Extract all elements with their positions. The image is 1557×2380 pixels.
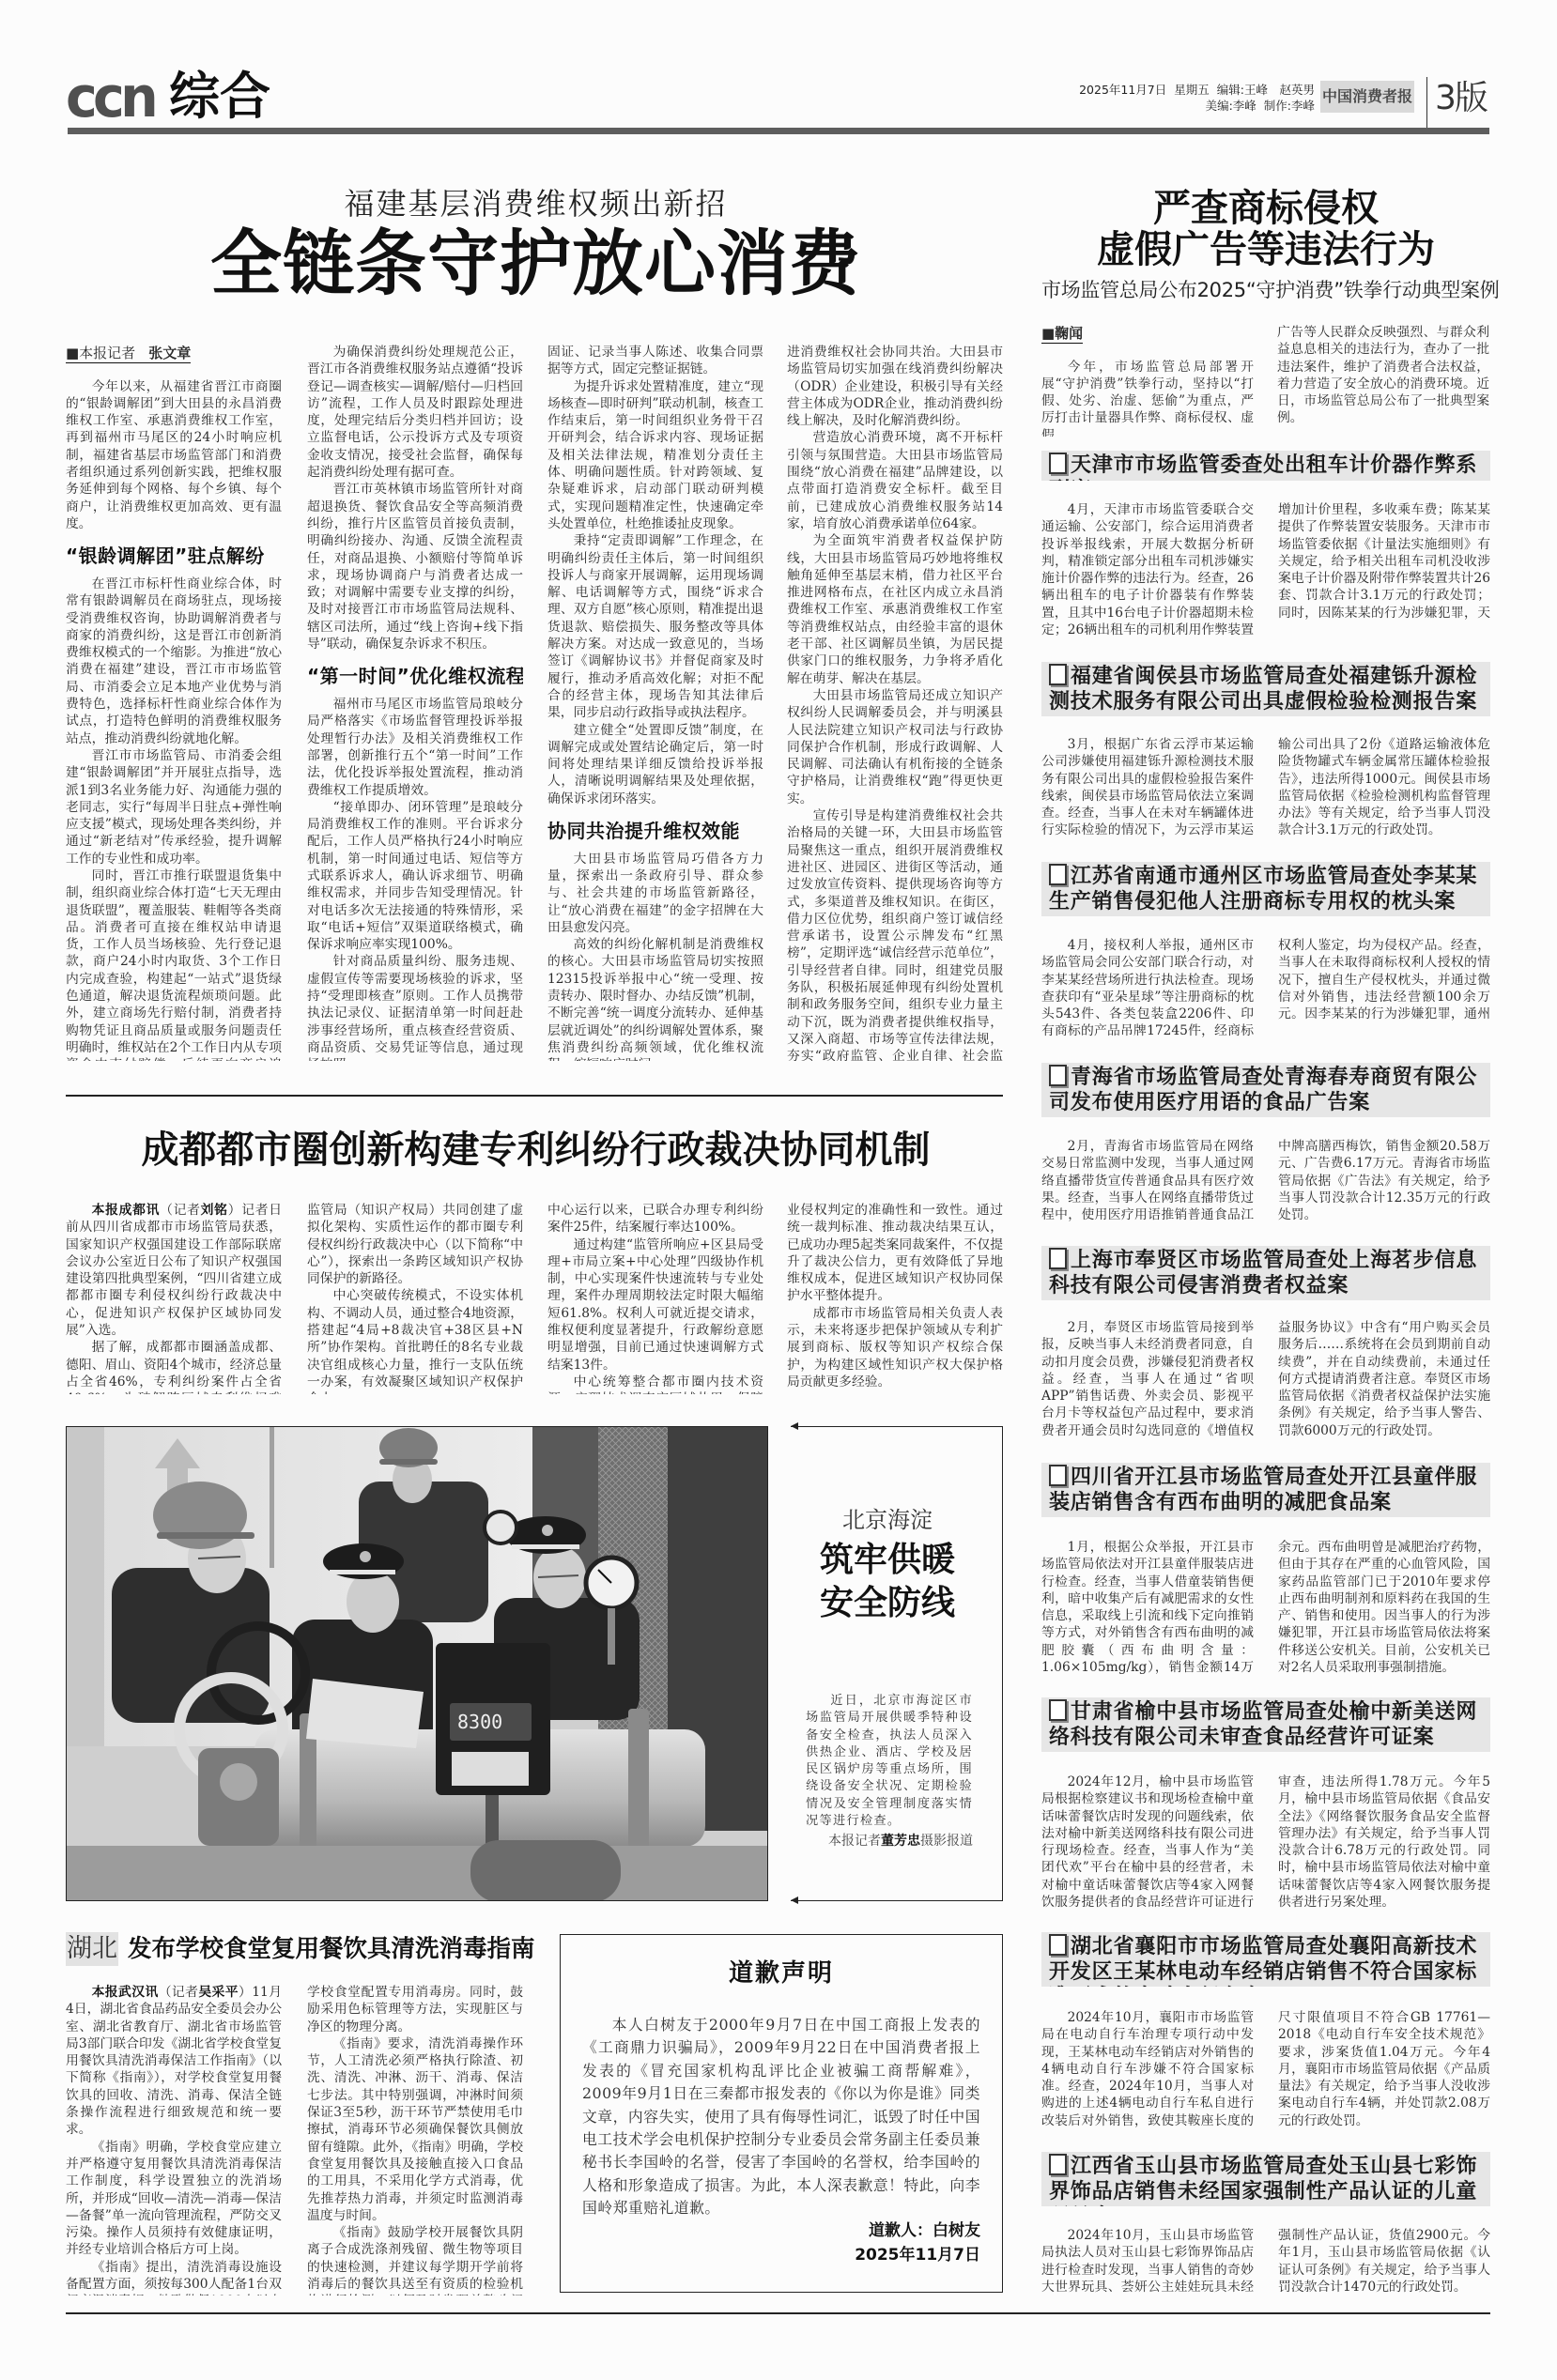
paragraph: 今年，市场监管总局部署开展“守护消费”铁拳行动，坚持以“打假、处劣、治虚、惩偷”… (1041, 359, 1254, 437)
case-body: 2024年12月，榆中县市场监管局根据检察建议书和现场检查榆中童话味蕾餐饮店时发… (1041, 1773, 1490, 1912)
case-heading: 上海市奉贤区市场监管局查处上海茗步信息科技有限公司侵害消费者权益案 (1041, 1246, 1490, 1300)
masthead-line-2: 美编:李峰制作:李峰 (1198, 99, 1315, 113)
conduit (270, 1427, 274, 1568)
case-heading: 四川省开江县市场监管局查处开江县童伴服装店销售含有西布曲明的减肥食品案 (1041, 1463, 1490, 1517)
checkbox-square-icon (1049, 1699, 1067, 1721)
byline-label: ■本报记者 (66, 345, 135, 361)
feature-subtitle: 市场监管总局公布2025“守护消费”铁拳行动典型案例 (1041, 277, 1490, 303)
fujian-column-1: ■本报记者张文章 今年以来，从福建省晋江市商圈的“银龄调解团”到大田县的永昌消费… (66, 344, 282, 1061)
subheading: “银龄调解团”驻点解纷 (66, 532, 282, 576)
case-body: 2月，青海省市场监管局在网络交易日常监测中发现，当事人通过网络直播带货宣传普通食… (1041, 1138, 1490, 1225)
pipe-flange (628, 1709, 649, 1864)
ccn-logo: ccn (66, 73, 154, 122)
case-title: 江苏省南通市通州区市场监管局查处李某某生产销售侵犯他人注册商标专用权的枕头案 (1049, 865, 1477, 914)
paper-name-logo: 中国消费者报 (1320, 81, 1414, 113)
paragraph: 2月，奉贤区市场监管局接到举报，反映当事人未经消费者同意，自动扣月度会员费，涉嫌… (1041, 1319, 1490, 1439)
case-title: 天津市市场监管委查处出租车计价器作弊系列案 (1049, 453, 1477, 481)
paragraph: 2月，青海省市场监管局在网络交易日常监测中发现，当事人通过网络直播带货宣传普通食… (1041, 1138, 1490, 1223)
fujian-headline: 全链条守护放心消费 (66, 222, 1006, 306)
paragraph-continued: 业侵权判定的准确性和一致性。通过统一裁判标准、推动裁决结果互认，已成功办理5起类… (787, 1202, 1003, 1305)
paragraph: 《指南》鼓励学校开展餐饮具阴离子合成洗涤剂残留、微生物等项目的快速检测，并建议每… (307, 2224, 523, 2296)
feature-intro-column-1: ■鞠闻 今年，市场监管总局部署开展“守护消费”铁拳行动，坚持以“打假、处劣、治虚… (1041, 324, 1254, 437)
checkbox-square-icon (1049, 453, 1067, 474)
paragraph: 高效的纠纷化解机制是消费维权的核心。大田县市场监管局切实按照12315投诉举报中… (547, 936, 763, 1061)
paragraph: 2024年10月，襄阳市市场监管局在电动自行车治理专项行动中发现，王某林电动车经… (1041, 2009, 1490, 2129)
lead-text: 11月4日，湖北省食品药品安全委员会办公室、湖北省教育厅、湖北省市场监管局3部门… (66, 1985, 282, 2137)
paragraph: 中心统筹整合都市圈内技术资源，实现技术调查官区域共用，保障专 (547, 1374, 763, 1394)
paragraph: 4月，接权利人举报，通州区市场监管局会同公安部门联合行动，对李某某经营场所进行执… (1041, 937, 1490, 1041)
header-rule (68, 128, 1489, 134)
masthead-line-1: 2025年11月7日星期五编辑:王峰 赵英男 (1071, 83, 1315, 97)
arrow-left-icon (791, 1422, 798, 1430)
paragraph: 据了解，成都都市圈涵盖成都、德阳、眉山、资阳4个城市，经济总量占全省46%，专利… (66, 1339, 282, 1394)
checkbox-square-icon (1049, 1065, 1067, 1086)
apology-date: 2025年11月7日 (582, 2244, 980, 2266)
reporter-close: ） (239, 1985, 252, 2000)
paragraph: 大田县市场监管局巧借各方力量，探索出一条政府引导、群众参与、社会共建的市场监管新… (547, 851, 763, 936)
dateline: 本报武汉讯 (92, 1985, 159, 2000)
page-number: 3版 (1435, 79, 1487, 118)
paragraph-continued: 中心运行以来，已联合办理专利纠纷案件25件，结案履行率达100%。 (547, 1202, 763, 1236)
credit-suffix: 摄影报道 (920, 1834, 973, 1849)
feature-headline-line-2: 虚假广告等违法行为 (1041, 229, 1490, 270)
fujian-column-3: 固证、记录当事人陈述、收集合同票据等方式，固定完整证据链。 为提升诉求处置精准度… (547, 344, 763, 1061)
paragraph: “接单即办、闭环管理”是琅岐分局消费维权工作的准则。平台诉求分配后，工作人员严格… (307, 799, 523, 954)
apology-body: 本人白树友于2000年9月7日在中国工商报上发表的《工商鼎力识骗局》，2009年… (582, 2014, 980, 2220)
hubei-column-2: 学校食堂配置专用消毒房。同时，鼓励采用色标管理等方法，实现脏区与净区的物理分离。… (307, 1984, 523, 2296)
paragraph-continued: 学校食堂配置专用消毒房。同时，鼓励采用色标管理等方法，实现脏区与净区的物理分离。 (307, 1984, 523, 2035)
paragraph: 今年以来，从福建省晋江市商圈的“银龄调解团”到大田县的永昌消费维权工作室、承惠消… (66, 378, 282, 533)
case-heading: 福建省闽侯县市场监管局查处福建铄升源检测技术服务有限公司出具虚假检验检测报告案 (1041, 662, 1490, 716)
chengdu-column-3: 中心运行以来，已联合办理专利纠纷案件25件，结案履行率达100%。 通过构建“监… (547, 1202, 763, 1394)
region-tag: 湖北 (66, 1932, 118, 1966)
section-divider (66, 1095, 1003, 1097)
case-title: 江西省玉山县市场监管局查处玉山县七彩饰界饰品店销售未经国家强制性产品认证的儿童玩… (1049, 2155, 1477, 2206)
checkbox-square-icon (1049, 864, 1067, 885)
photo-title: 筑牢供暖 安全防线 (800, 1538, 975, 1624)
paragraph: 为确保消费纠纷处理规范公正，晋江市各消费维权服务站点遵循“投诉登记—调查核实—调… (307, 344, 523, 481)
section-title: 综合 (169, 68, 270, 124)
editors: 编辑:王峰 赵英男 (1217, 83, 1315, 97)
paragraph: 晋江市市场监管局、市消委会组建“银龄调解团”并开展驻点指导，选派1到3名业务能力… (66, 747, 282, 868)
chengdu-column-4: 业侵权判定的准确性和一致性。通过统一裁判标准、推动裁决结果互认，已成功办理5起类… (787, 1202, 1003, 1394)
dateline: 本报成都讯 (92, 1203, 161, 1218)
paragraph: 宣传引导是构建消费维权社会共治格局的关键一环，大田县市场监管局聚焦这一重点，组织… (787, 807, 1003, 1061)
hubei-headline: 发布学校食堂复用餐饮具清洗消毒指南 (128, 1932, 535, 1966)
case-heading: 江苏省南通市通州区市场监管局查处李某某生产销售侵犯他人注册商标专用权的枕头案 (1041, 862, 1490, 916)
reporter-open: （记者 (160, 1203, 201, 1218)
case-title: 上海市奉贤区市场监管局查处上海茗步信息科技有限公司侵害消费者权益案 (1049, 1249, 1477, 1297)
case-body: 4月，天津市市场监管委联合交通运输、公安部门，综合运用消费者投诉举报线索，开展大… (1041, 501, 1490, 640)
case-heading: 甘肃省榆中县市场监管局查处榆中新美送网络科技有限公司未审查食品经营许可证案 (1041, 1697, 1490, 1752)
paragraph-continued: 广告等人民群众反映强烈、与群众利益息息相关的违法行为，查办了一批违法案件，维护了… (1277, 324, 1489, 427)
paragraph: 福州市马尾区市场监管局琅岐分局严格落实《市场监督管理投诉举报处理暂行办法》及相关… (307, 696, 523, 799)
checkbox-square-icon (1049, 1934, 1067, 1956)
subheading: 协同共治提升维权效能 (547, 807, 763, 851)
feature-intro-column-2: 广告等人民群众反映强烈、与群众利益息息相关的违法行为，查办了一批违法案件，维护了… (1277, 324, 1489, 437)
reporter-name: 吴采平 (198, 1985, 239, 2000)
fujian-byline: ■本报记者张文章 (66, 344, 282, 378)
floor (67, 1846, 768, 1901)
paragraph: 1月，根据公众举报，开江县市场监管局依法对开江县童伴服装店进行检查。经查，当事人… (1041, 1539, 1490, 1676)
paragraph: 2024年10月，玉山县市场监管局执法人员对玉山县七彩饰界饰品店进行检查时发现，… (1041, 2227, 1490, 2296)
photo-scene: 8300 (67, 1427, 768, 1901)
case-body: 2024年10月，玉山县市场监管局执法人员对玉山县七彩饰界饰品店进行检查时发现，… (1041, 2227, 1490, 2297)
chengdu-headline: 成都都市圈创新构建专利纠纷行政裁决协同机制 (66, 1129, 1006, 1172)
paragraph: 成都市市场监管局相关负责人表示，未来将逐步把保护领域从专利扩展到商标、版权等知识… (787, 1305, 1003, 1390)
byline-text: ■鞠闻 (1041, 325, 1083, 344)
case-title: 四川省开江县市场监管局查处开江县童伴服装店销售含有西布曲明的减肥食品案 (1049, 1466, 1477, 1514)
checkbox-square-icon (1049, 1248, 1067, 1269)
photo-title-line-2: 安全防线 (800, 1581, 975, 1624)
case-body: 2024年10月，襄阳市市场监管局在电动自行车治理专项行动中发现，王某林电动车经… (1041, 2009, 1490, 2131)
byline-underline: ■本报记者张文章 (66, 345, 191, 363)
paragraph-continued: 进消费维权社会协同共治。大田县市场监管局切实加强在线消费纠纷解决（ODR）企业建… (787, 344, 1003, 429)
apology-signer: 道歉人：白树友 (582, 2219, 980, 2242)
case-body: 3月，根据广东省云浮市某运输公司涉嫌使用福建铄升源检测技术服务有限公司出具的虚假… (1041, 736, 1490, 840)
paragraph: 本报成都讯（记者刘铭）记者日前从四川省成都市市场监管局获悉，国家知识产权强国建设… (66, 1202, 282, 1339)
case-heading: 江西省玉山县市场监管局查处玉山县七彩饰界饰品店销售未经国家强制性产品认证的儿童玩… (1041, 2152, 1490, 2206)
case-title: 青海省市场监管局查处青海春寿商贸有限公司发布使用医疗用语的食品广告案 (1049, 1066, 1477, 1114)
paragraph: 中心突破传统模式，不设实体机构、不调动人员，通过整合4地资源，搭建起“4局+8裁… (307, 1287, 523, 1394)
credit-prefix: 本报记者 (828, 1834, 881, 1849)
case-title: 甘肃省榆中县市场监管局查处榆中新美送网络科技有限公司未审查食品经营许可证案 (1049, 1700, 1477, 1749)
apology-title: 道歉声明 (560, 1958, 1003, 1988)
fujian-kicker: 福建基层消费维权频出新招 (66, 186, 1006, 222)
paragraph: 晋江市英林镇市场监管所针对商超退换货、餐饮食品安全等高频消费纠纷，推行片区监管员… (307, 481, 523, 653)
paragraph: 《指南》提出，清洗消毒设施设备配置方面，须按每300人配备1台双门高温消毒柜；鼓… (66, 2259, 282, 2296)
art-editor: 美编:李峰 (1206, 99, 1256, 113)
paragraph: 本报武汉讯（记者吴采平）11月4日，湖北省食品药品安全委员会办公室、湖北省教育厅… (66, 1984, 282, 2139)
wall-pillar (67, 1427, 104, 1746)
paragraph: 营造放心消费环境，离不开标杆引领与氛围营造。大田县市场监管局围绕“放心消费在福建… (787, 429, 1003, 532)
subheading: “第一时间”优化维权流程 (307, 653, 523, 696)
photo-kicker: 北京海淀 (800, 1506, 975, 1534)
photo-title-line-1: 筑牢供暖 (800, 1538, 975, 1581)
feature-byline: ■鞠闻 (1041, 324, 1254, 359)
paragraph: 4月，天津市市场监管委联合交通运输、公安部门，综合运用消费者投诉举报线索，开展大… (1041, 501, 1490, 640)
case-heading: 青海省市场监管局查处青海春寿商贸有限公司发布使用医疗用语的食品广告案 (1041, 1063, 1490, 1117)
producer: 制作:李峰 (1264, 99, 1315, 113)
paragraph-continued: 固证、记录当事人陈述、收集合同票据等方式，固定完整证据链。 (547, 344, 763, 378)
chengdu-column-2: 监管局（知识产权局）共同创建了虚拟化架构、实质性运作的都市圈专利侵权纠纷行政裁决… (307, 1202, 523, 1394)
paragraph: 为全面筑牢消费者权益保护防线，大田县市场监管局巧妙地将维权触角延伸至基层末梢，借… (787, 532, 1003, 687)
byline-name: 张文章 (148, 345, 191, 361)
paragraph: 同时，晋江市推行联盟退货集中制，组织商业综合体打造“七天无理由退货联盟”，覆盖服… (66, 868, 282, 1061)
paragraph: 3月，根据广东省云浮市某运输公司涉嫌使用福建铄升源检测技术服务有限公司出具的虚假… (1041, 736, 1490, 839)
checkbox-square-icon (1049, 664, 1067, 685)
paragraph: 为提升诉求处置精准度，建立“现场核查—即时研判”联动机制，核查工作结束后，第一时… (547, 378, 763, 533)
case-body: 1月，根据公众举报，开江县市场监管局依法对开江县童伴服装店进行检查。经查，当事人… (1041, 1539, 1490, 1678)
case-title: 福建省闽侯县市场监管局查处福建铄升源检测技术服务有限公司出具虚假检验检测报告案 (1049, 665, 1477, 714)
paragraph: 针对商品质量纠纷、服务违规、虚假宣传等需要现场核验的诉求，坚持“受理即核查”原则… (307, 953, 523, 1061)
paragraph: 2024年12月，榆中县市场监管局根据检察建议书和现场检查榆中童话味蕾餐饮店时发… (1041, 1773, 1490, 1911)
feature-headline-line-1: 严查商标侵权 (1041, 188, 1490, 229)
case-heading: 湖北省襄阳市市场监管局查处襄阳高新技术开发区王某林电动车经销店销售不符合国家标准… (1041, 1932, 1490, 1987)
paragraph: 在晋江市标杆性商业综合体，时常有银龄调解员在商场驻点，现场接受消费维权咨询，协助… (66, 576, 282, 747)
hubei-column-1: 本报武汉讯（记者吴采平）11月4日，湖北省食品药品安全委员会办公室、湖北省教育厅… (66, 1984, 282, 2296)
paragraph: 《指南》明确，学校食堂应建立并严格遵守复用餐饮具清洗消毒保洁工作制度，科学设置独… (66, 2139, 282, 2259)
bottom-rule (66, 2312, 1490, 2314)
small-gauge-icon (485, 1512, 516, 1543)
arrow-left-icon (791, 1896, 798, 1904)
photo-caption: 近日，北京市海淀区市场监管局开展供暖季特种设备安全检查，执法人员深入供热企业、酒… (806, 1693, 973, 1830)
fujian-column-2: 为确保消费纠纷处理规范公正，晋江市各消费维权服务站点遵循“投诉登记—调查核实—调… (307, 344, 523, 1061)
issue-weekday: 星期五 (1174, 83, 1210, 97)
photo-credit: 本报记者董芳忠摄影报道 (806, 1833, 973, 1850)
paragraph: 大田县市场监管局还成立知识产权纠纷人民调解委员会，并与明溪县人民法院建立知识产权… (787, 687, 1003, 807)
chengdu-column-1: 本报成都讯（记者刘铭）记者日前从四川省成都市市场监管局获悉，国家知识产权强国建设… (66, 1202, 282, 1394)
issue-date: 2025年11月7日 (1079, 83, 1166, 97)
paragraph-continued: 监管局（知识产权局）共同创建了虚拟化架构、实质性运作的都市圈专利侵权纠纷行政裁决… (307, 1202, 523, 1287)
case-title: 湖北省襄阳市市场监管局查处襄阳高新技术开发区王某林电动车经销店销售不符合国家标准… (1049, 1935, 1477, 1987)
reporter-name: 刘铭 (201, 1203, 228, 1218)
case-body: 4月，接权利人举报，通州区市场监管局会同公安部门联合行动，对李某某经营场所进行执… (1041, 937, 1490, 1041)
news-photo-heating-inspection: 8300 (66, 1426, 768, 1901)
newspaper-page: ccn 综合 2025年11月7日星期五编辑:王峰 赵英男 美编:李峰制作:李峰… (0, 0, 1557, 2380)
paragraph: 秉持“定责即调解”工作理念，在明确纠纷责任主体后，第一时间组织投诉人与商家开展调… (547, 532, 763, 721)
lead-text: 记者日前从四川省成都市市场监管局获悉，国家知识产权强国建设工作部际联席会议办公室… (66, 1203, 282, 1338)
paragraph: 通过构建“监管所响应+区县局受理+市局立案+中心处理”四级协作机制，中心实现案件… (547, 1236, 763, 1374)
header-divider (1426, 77, 1427, 130)
photographer-name: 董芳忠 (881, 1834, 920, 1849)
case-body: 2月，奉贤区市场监管局接到举报，反映当事人未经消费者同意，自动扣月度会员费，涉嫌… (1041, 1319, 1490, 1441)
paragraph: 建立健全“处置即反馈”制度，在调解完成或处置结论确定后，第一时间将处理结果详细反… (547, 722, 763, 807)
paragraph: 《指南》要求，清洗消毒操作环节，人工清洗必须严格执行除渣、初洗、清洗、冲淋、沥干… (307, 2035, 523, 2224)
fujian-column-4: 进消费维权社会协同共治。大田县市场监管局切实加强在线消费纠纷解决（ODR）企业建… (787, 344, 1003, 1061)
case-heading: 天津市市场监管委查处出租车计价器作弊系列案 (1041, 451, 1490, 481)
meter-reading: 8300 (457, 1711, 502, 1733)
checkbox-square-icon (1049, 2154, 1067, 2175)
checkbox-square-icon (1049, 1465, 1067, 1486)
reporter-open: （记者 (159, 1985, 199, 2000)
reporter-close: ） (228, 1203, 242, 1218)
